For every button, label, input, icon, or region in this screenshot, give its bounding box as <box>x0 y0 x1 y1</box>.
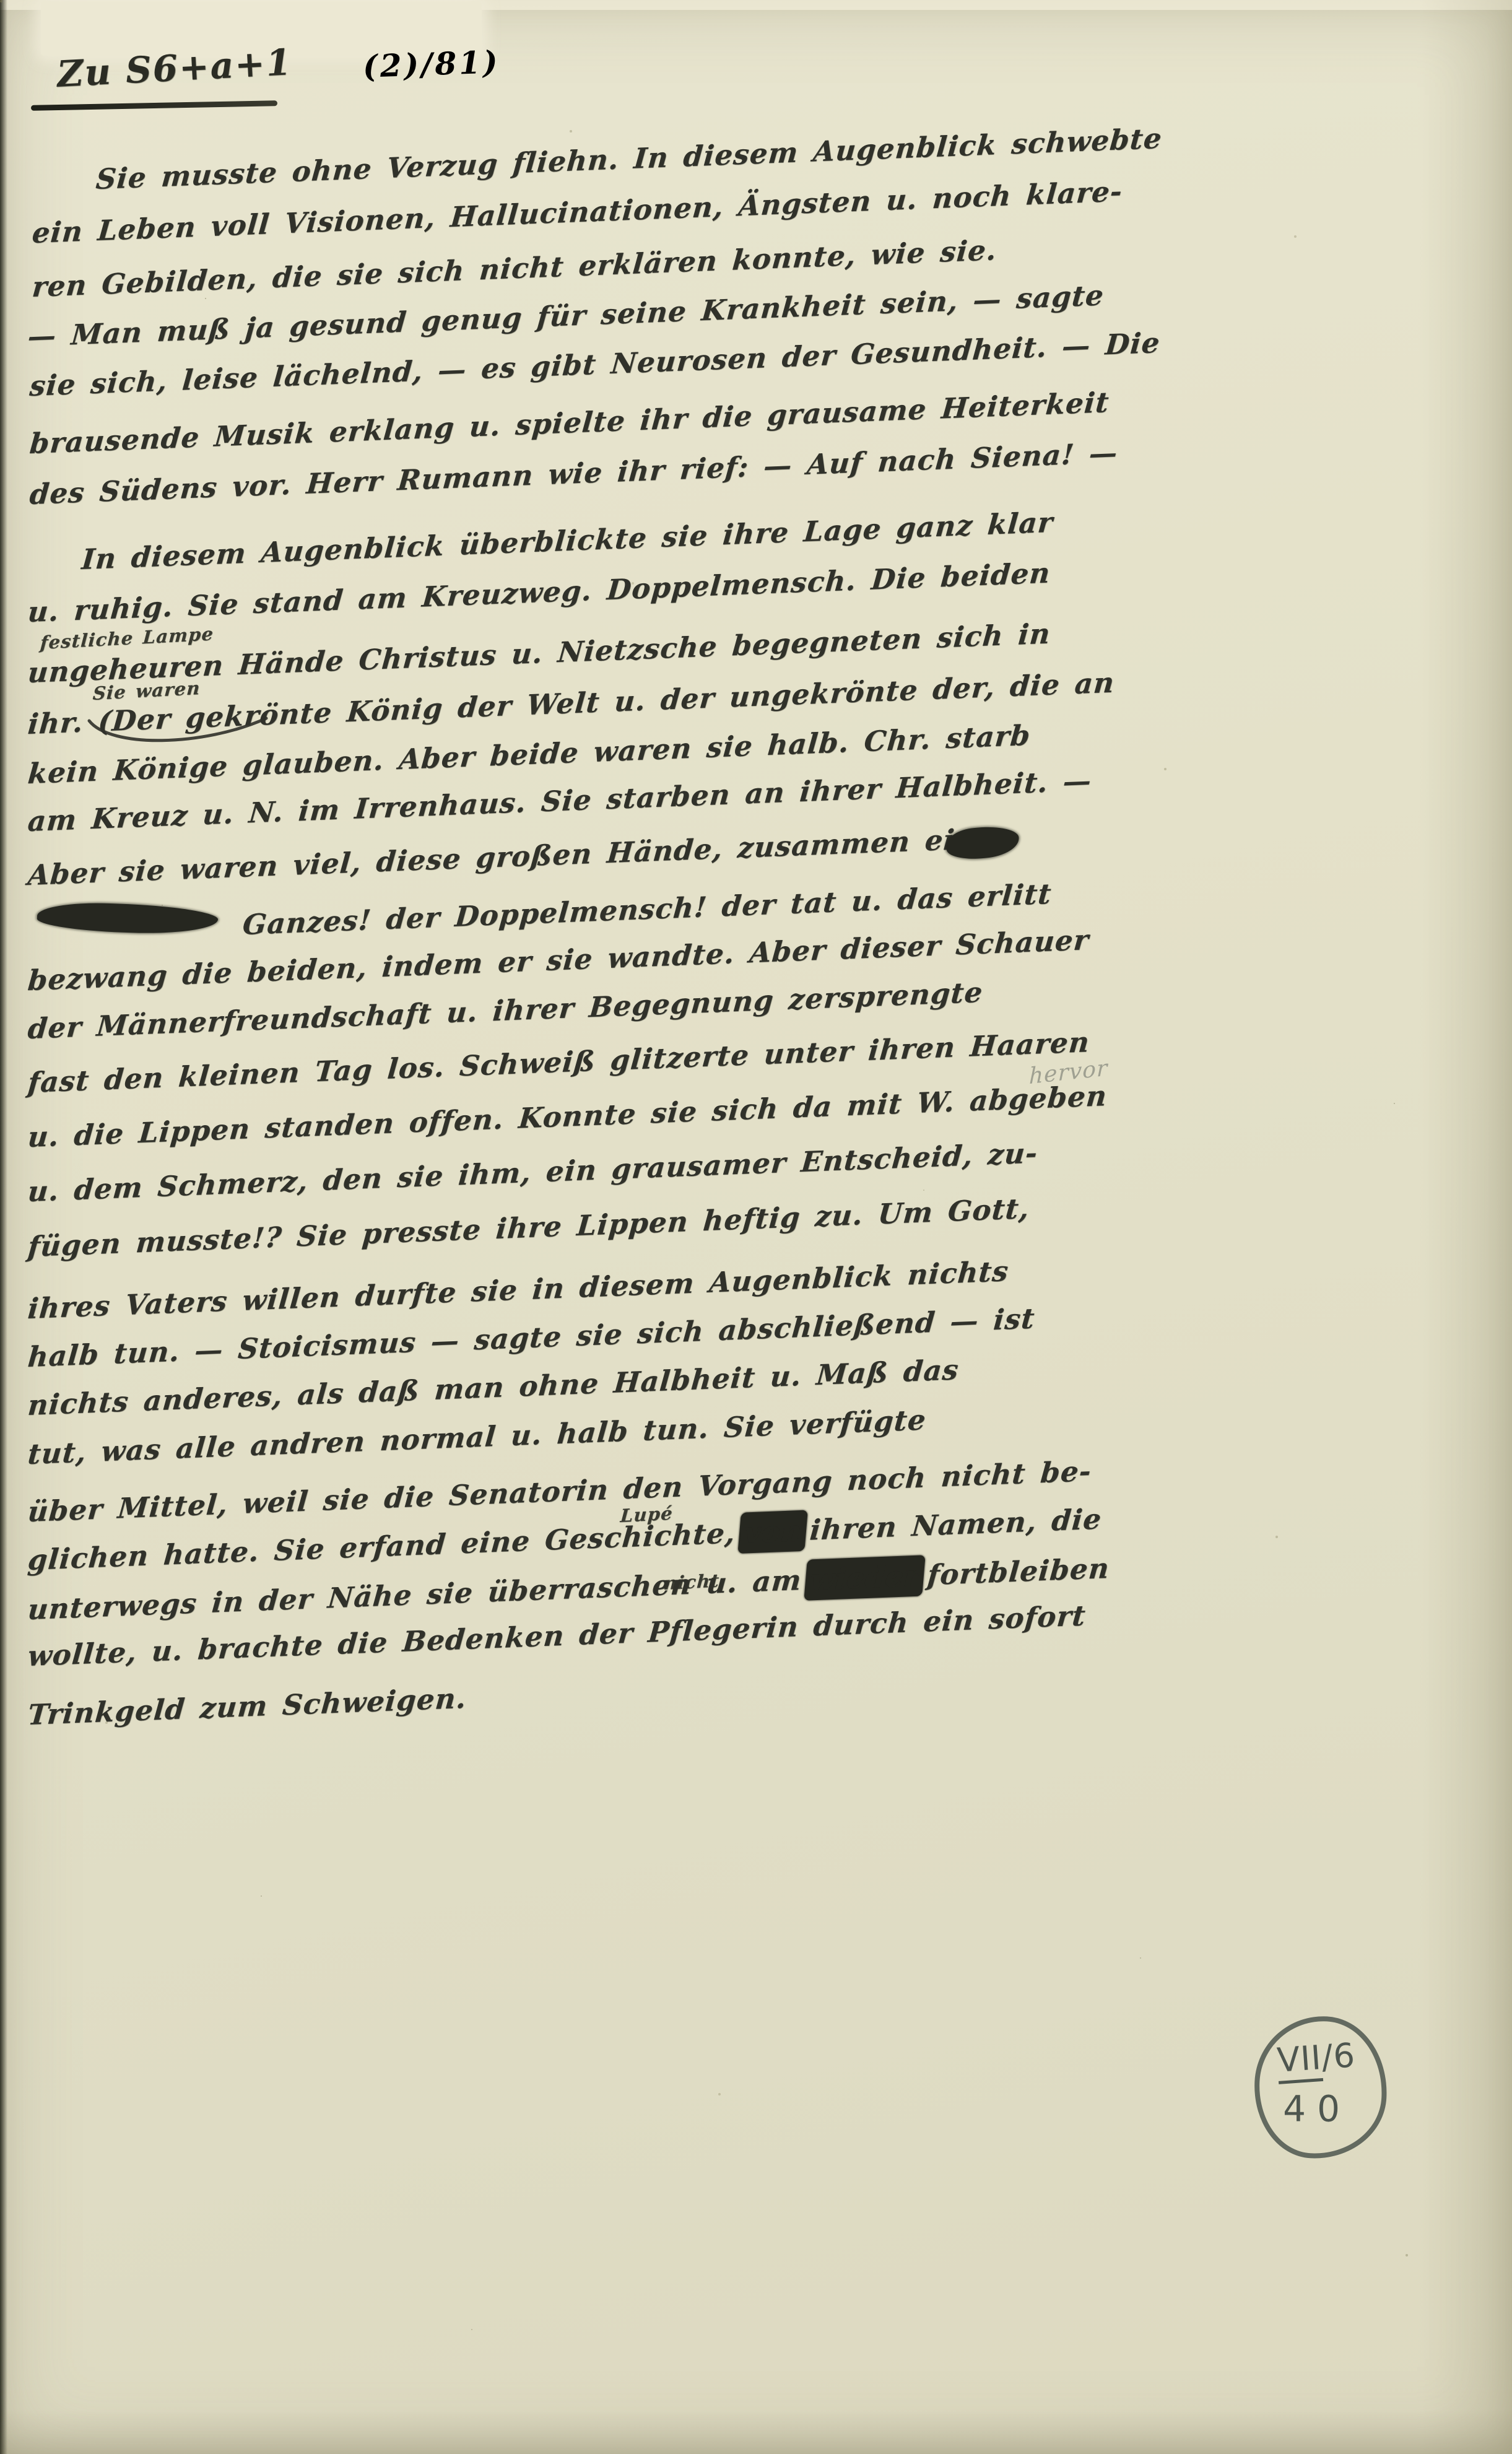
paper-right-edge-shading <box>1419 0 1512 2454</box>
manuscript-page: Zu S6+a+1 (2)/81) Sie musste ohne Verzug… <box>0 0 1512 2454</box>
strikeout-blob <box>37 901 218 936</box>
stamp-fraction-part: /6 <box>1320 2035 1357 2077</box>
stamp-roman-numeral: VII <box>1275 2038 1323 2084</box>
stamp-number-bottom: 40 <box>1283 2088 1351 2130</box>
header-underline-stroke <box>31 100 277 111</box>
header-page-note: (2)/81) <box>362 43 501 85</box>
struck-word: von <box>737 1510 808 1554</box>
archive-stamp: VII/6 40 <box>1251 2013 1391 2162</box>
paper-left-edge-shadow <box>0 0 7 2454</box>
stamp-number-top: VII/6 <box>1275 2035 1356 2080</box>
struck-word: wieder <box>804 1555 926 1601</box>
insert-connector-stroke <box>85 710 271 753</box>
manuscript-line: Trinkgeld zum Schweigen. <box>27 1678 467 1736</box>
paper-bottom-edge-shading <box>0 2411 1512 2454</box>
